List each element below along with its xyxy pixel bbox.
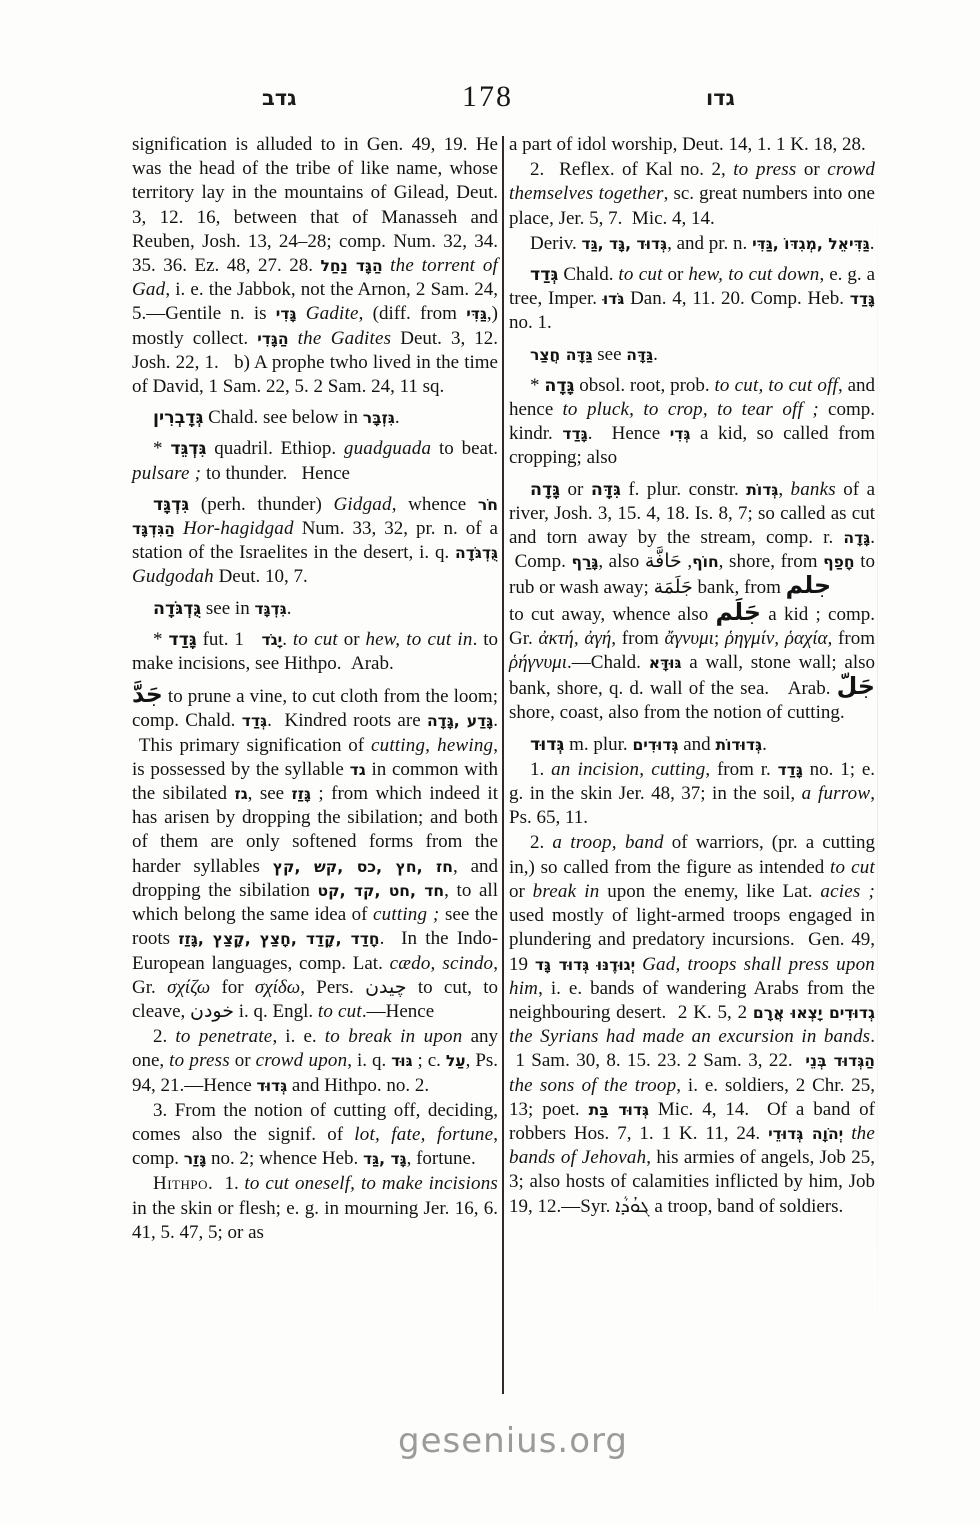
page-number: 178 <box>462 80 513 114</box>
dictionary-paragraph: a part of idol worship, Deut. 14, 1. 1 K… <box>509 133 875 157</box>
dictionary-paragraph: signification is alluded to in Gen. 49, … <box>132 133 498 399</box>
dictionary-paragraph: 2. Reflex. of Kal no. 2, to press or cro… <box>509 158 875 231</box>
dictionary-paragraph: גָּדָה or גִּדָּה f. plur. constr. גְּדו… <box>509 478 875 601</box>
dictionary-paragraph: גִּדְגָּד (perh. thunder) Gidgad, whence… <box>132 493 498 590</box>
dictionary-paragraph: 1. an incision, cutting, from r. גָּדַד … <box>509 758 875 831</box>
dictionary-paragraph: * גָּדַד fut. יָגֹד 1. to cut or hew, to… <box>132 628 498 676</box>
dictionary-paragraph: 2. to penetrate, i. e. to break in upon … <box>132 1025 498 1098</box>
book-page: גדב 178 גדו signification is alluded to … <box>0 0 980 1525</box>
dictionary-paragraph: * גָּדָה obsol. root, prob. to cut, to c… <box>509 374 875 471</box>
guide-word-right: גדו <box>706 86 735 110</box>
dictionary-paragraph: to cut away, whence also جَلَم a kid ; c… <box>509 601 875 726</box>
watermark: gesenius.org <box>398 1421 628 1461</box>
dictionary-paragraph: جَدَّ to prune a vine, to cut cloth from… <box>132 683 498 1024</box>
dictionary-paragraph: גְּדוּד m. plur. גְּדוּדִים and גְּדוּדו… <box>509 733 875 757</box>
column-divider <box>502 136 504 1394</box>
right-column: a part of idol worship, Deut. 14, 1. 1 K… <box>509 133 875 1219</box>
dictionary-paragraph: 2. a troop, band of warriors, (pr. a cut… <box>509 831 875 1218</box>
dictionary-paragraph: חֲצַר‎ גַּדָּה see גַּדָּה. <box>509 343 875 367</box>
scan-edge-artifact <box>877 140 878 1390</box>
dictionary-paragraph: גְּדַד Chald. to cut or hew, to cut down… <box>509 263 875 336</box>
dictionary-paragraph: * גִּדְגֵּד quadril. Ethiop. guadguada t… <box>132 437 498 485</box>
dictionary-paragraph: Deriv. גַּד,‎ גָּד,‎ גְּדוּד, and pr. n.… <box>509 232 875 256</box>
dictionary-paragraph: גֻּדְגֹּדָה see in גִּדְגָּד. <box>132 597 498 621</box>
dictionary-paragraph: גְּדָבְרִין Chald. see below in גִּזְבָּ… <box>132 406 498 430</box>
left-column: signification is alluded to in Gen. 49, … <box>132 133 498 1245</box>
dictionary-paragraph: Hithpo. 1. to cut oneself, to make incis… <box>132 1172 498 1245</box>
guide-word-left: גדב <box>262 86 297 110</box>
dictionary-paragraph: 3. From the notion of cutting off, decid… <box>132 1099 498 1172</box>
